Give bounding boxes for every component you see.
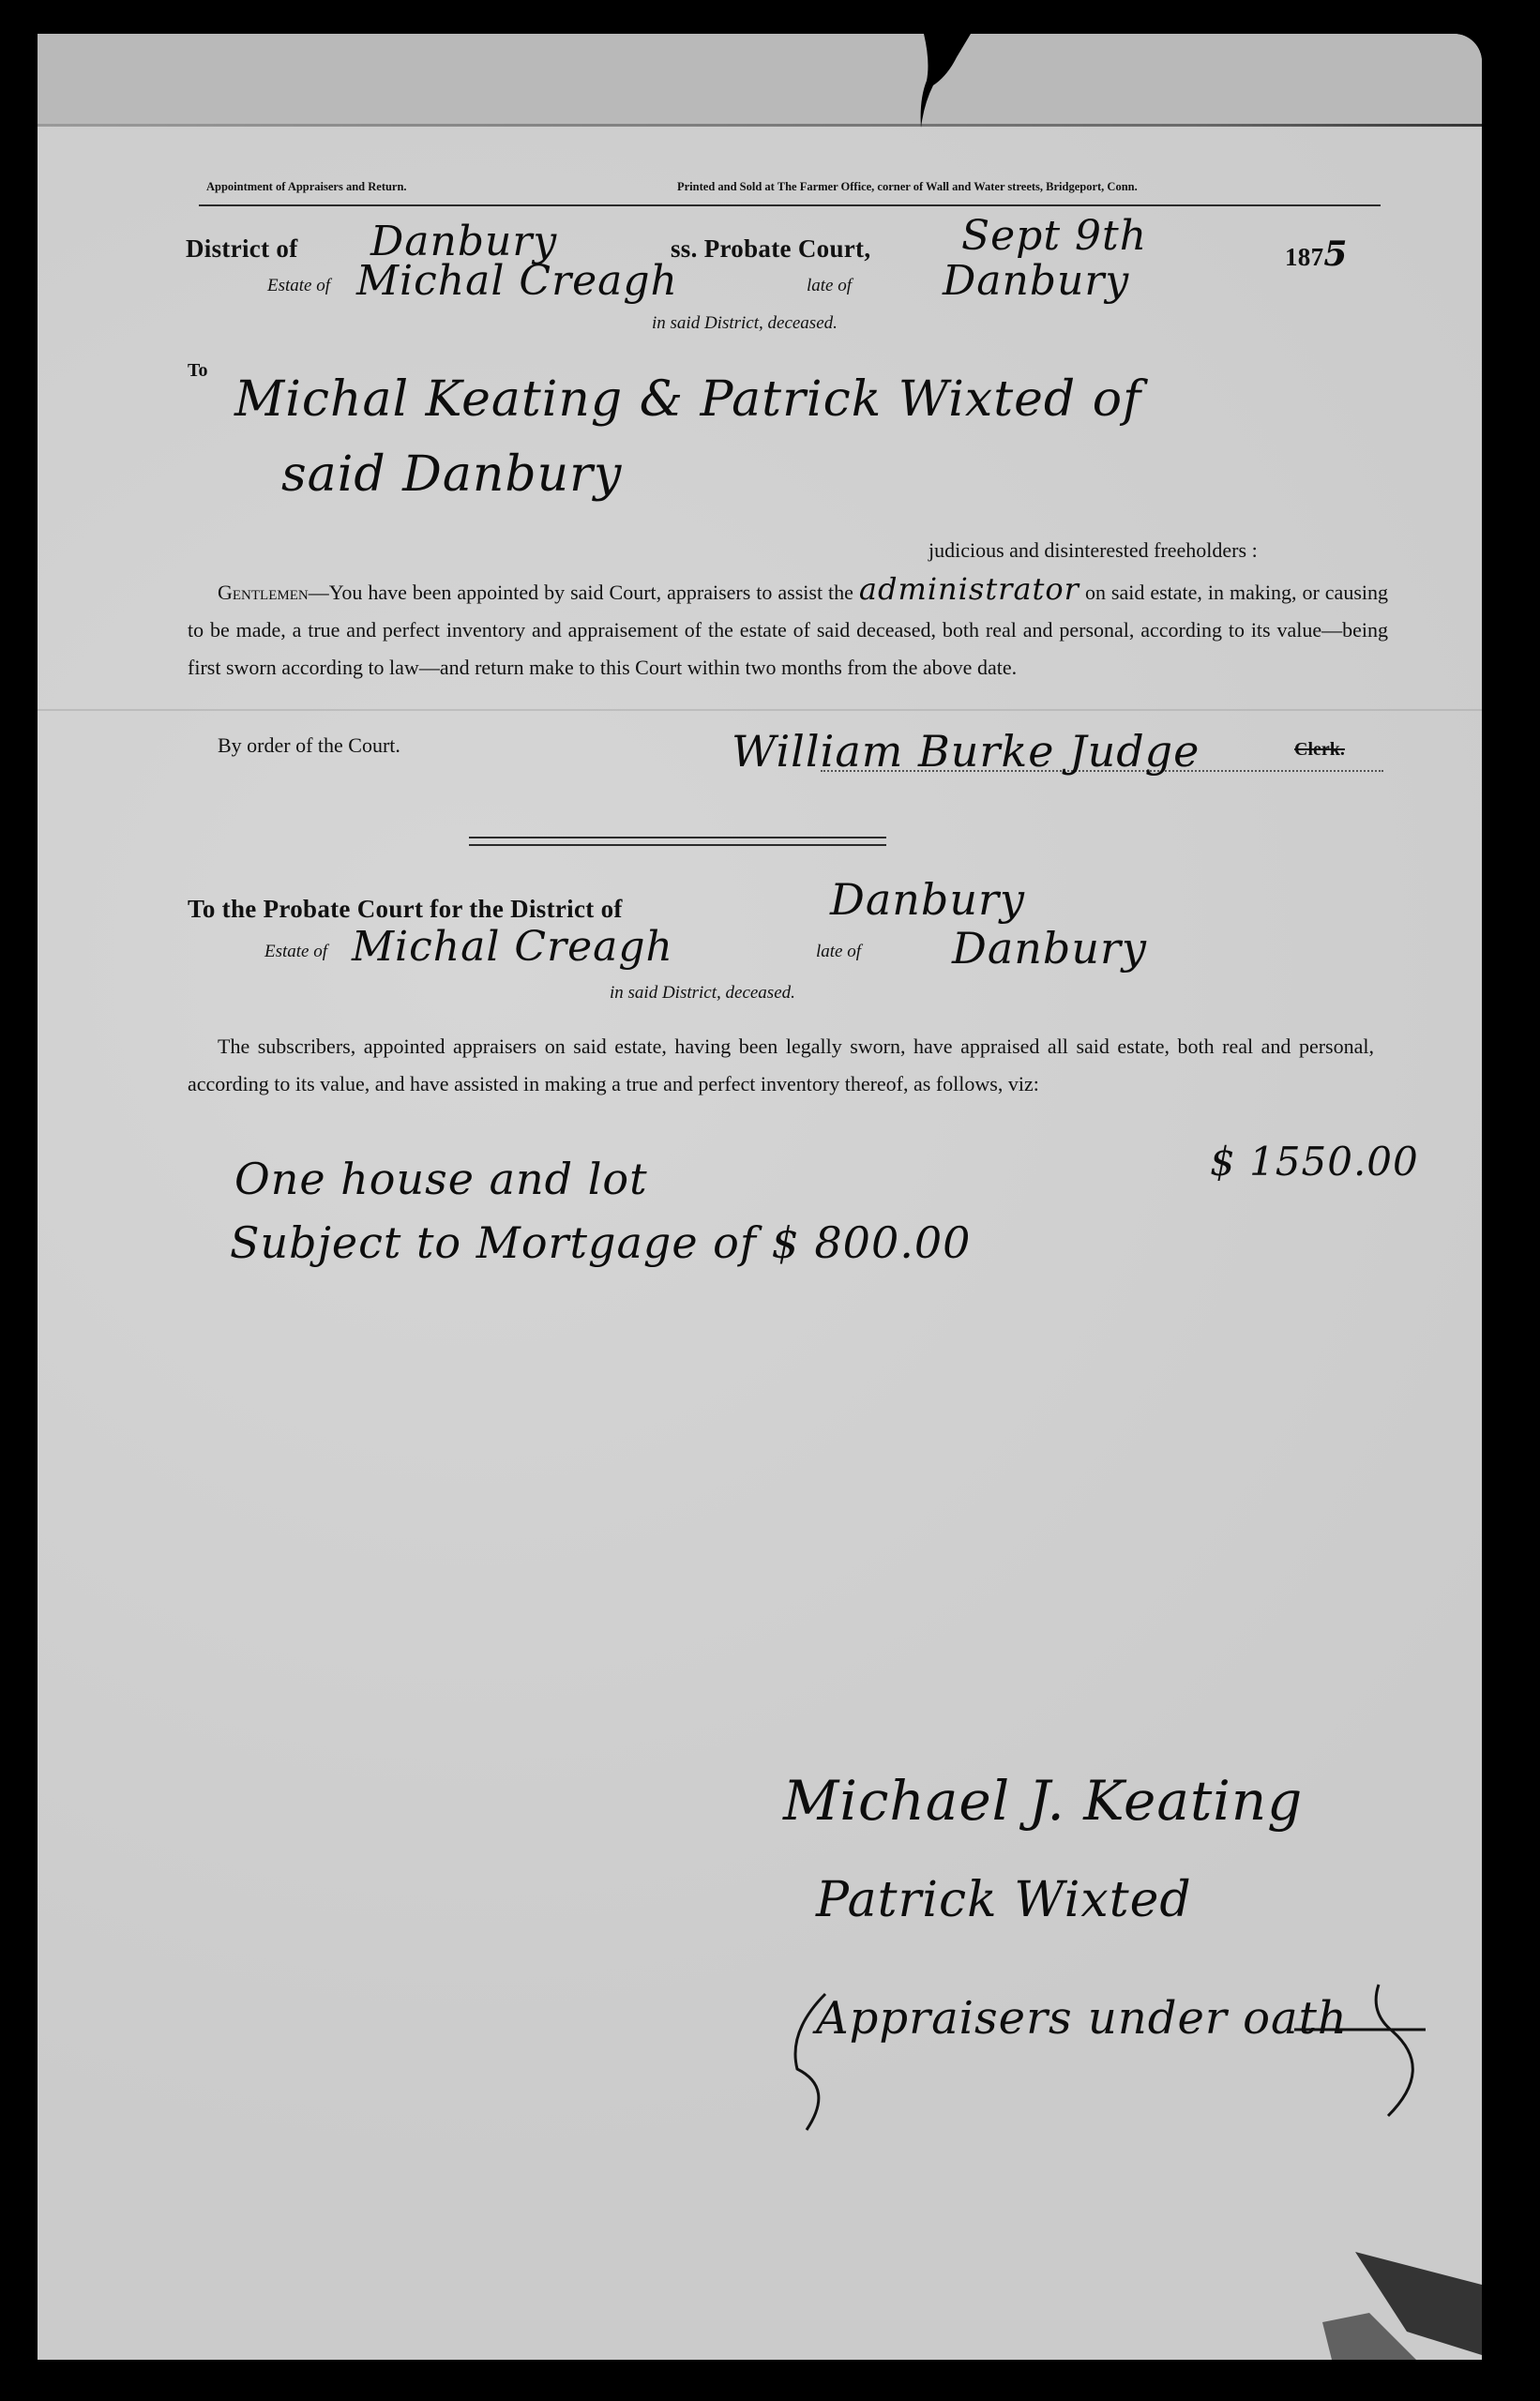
inventory-item-1: One house and lot — [234, 1154, 648, 1204]
ink-stain-corner — [1304, 2228, 1482, 2360]
estate-label: Estate of — [267, 276, 330, 296]
deceased-line: in said District, deceased. — [652, 313, 838, 334]
struck-clerk-title: Clerk. — [1294, 739, 1345, 761]
folded-top-flap — [38, 34, 1482, 124]
freeholders-text: judicious and disinterested freeholders … — [929, 538, 1258, 563]
return-estate-value: Michal Creagh — [352, 923, 673, 971]
to-label: To — [188, 360, 208, 382]
return-late-of-label: late of — [816, 942, 861, 962]
inventory-amount-1: $ 1550.00 — [1210, 1139, 1419, 1185]
appraiser-signature-1: Michael J. Keating — [783, 1769, 1303, 1833]
printer-note: Printed and Sold at The Farmer Office, c… — [677, 180, 1138, 194]
inventory-item-2: Subject to Mortgage of $ 800.00 — [230, 1217, 971, 1268]
appointees-line-1: Michal Keating & Patrick Wixted of — [234, 371, 1141, 428]
form-title: Appointment of Appraisers and Return. — [206, 180, 407, 194]
judge-signature: William Burke Judge — [732, 726, 1200, 777]
late-of-value: Danbury — [943, 257, 1129, 305]
torn-edge — [919, 34, 971, 128]
return-district-value: Danbury — [830, 874, 1025, 925]
appraisers-under-oath-note: Appraisers under oath — [816, 1992, 1348, 2045]
document-page: Appointment of Appraisers and Return. Pr… — [38, 34, 1482, 2360]
fold-line — [38, 124, 1482, 127]
assist-role: administrator — [859, 571, 1080, 607]
year-suffix: 5 — [1323, 234, 1348, 274]
late-of-label: late of — [807, 276, 852, 296]
appraiser-signature-2: Patrick Wixted — [816, 1872, 1192, 1928]
return-title: To the Probate Court for the District of — [188, 895, 623, 924]
paper-crease — [38, 709, 1482, 711]
return-body: The subscribers, appointed appraisers on… — [188, 1028, 1374, 1103]
appointees-line-2: said Danbury — [281, 446, 622, 503]
section-divider-bottom — [469, 844, 886, 846]
gentlemen-salutation: Gentlemen — [218, 581, 309, 604]
return-estate-label: Estate of — [264, 942, 327, 962]
appointment-body-part-1: —You have been appointed by said Court, … — [309, 581, 853, 604]
court-label: ss. Probate Court, — [671, 234, 870, 264]
estate-value: Michal Creagh — [356, 257, 678, 305]
by-order-text: By order of the Court. — [218, 733, 400, 758]
section-divider-top — [469, 837, 886, 838]
header-rule — [199, 204, 1381, 206]
district-label: District of — [186, 234, 298, 264]
date-value: Sept 9th — [961, 212, 1147, 260]
year-prefix: 187 — [1285, 243, 1323, 271]
appointment-body: Gentlemen—You have been appointed by sai… — [188, 570, 1388, 687]
return-late-of-value: Danbury — [952, 923, 1147, 974]
return-deceased-line: in said District, deceased. — [610, 983, 795, 1004]
